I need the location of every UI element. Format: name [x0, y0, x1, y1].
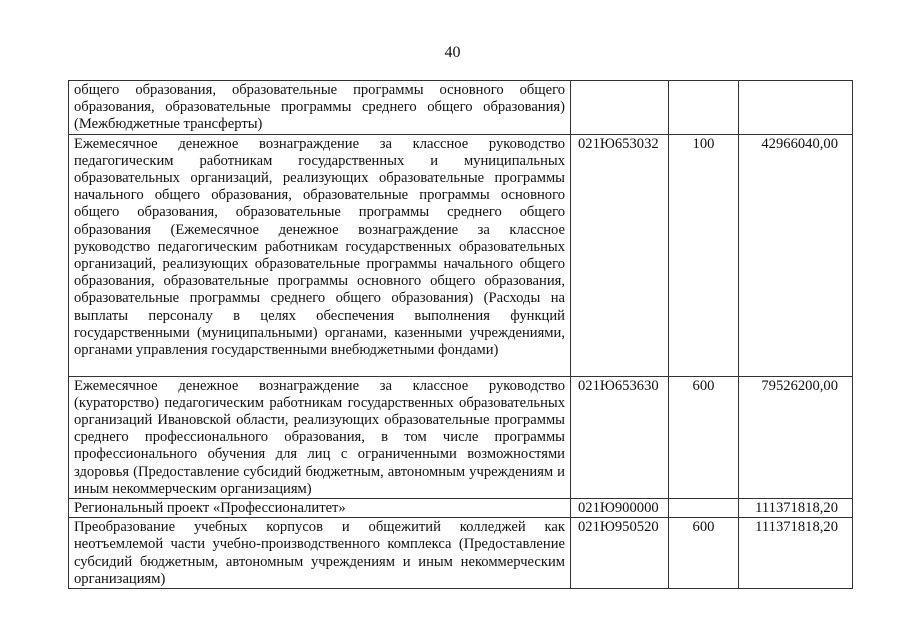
table-row: Ежемесячное денежное вознаграждение за к…: [69, 376, 853, 498]
row-code: 021Ю653032: [571, 134, 669, 376]
row-expense-type: 600: [669, 518, 739, 589]
row-expense-type: 600: [669, 376, 739, 498]
table-row: общего образования, образовательные прог…: [69, 81, 853, 135]
budget-table: общего образования, образовательные прог…: [68, 80, 853, 589]
row-description: Ежемесячное денежное вознаграждение за к…: [69, 376, 571, 498]
row-amount: 42966040,00: [739, 134, 853, 376]
row-code: 021Ю653630: [571, 376, 669, 498]
row-code: 021Ю950520: [571, 518, 669, 589]
row-code: [571, 81, 669, 135]
row-amount: [739, 81, 853, 135]
table-row: Преобразование учебных корпусов и общежи…: [69, 518, 853, 589]
row-amount: 111371818,20: [739, 518, 853, 589]
table-row: Ежемесячное денежное вознаграждение за к…: [69, 134, 853, 376]
page-number: 40: [0, 44, 905, 62]
row-description: общего образования, образовательные прог…: [69, 81, 571, 135]
row-amount: 79526200,00: [739, 376, 853, 498]
row-expense-type: [669, 499, 739, 518]
row-expense-type: [669, 81, 739, 135]
row-amount: 111371818,20: [739, 499, 853, 518]
row-code: 021Ю900000: [571, 499, 669, 518]
row-description: Преобразование учебных корпусов и общежи…: [69, 518, 571, 589]
row-expense-type: 100: [669, 134, 739, 376]
table-row: Региональный проект «Профессионалитет» 0…: [69, 499, 853, 518]
row-description: Ежемесячное денежное вознаграждение за к…: [69, 134, 571, 376]
row-description: Региональный проект «Профессионалитет»: [69, 499, 571, 518]
